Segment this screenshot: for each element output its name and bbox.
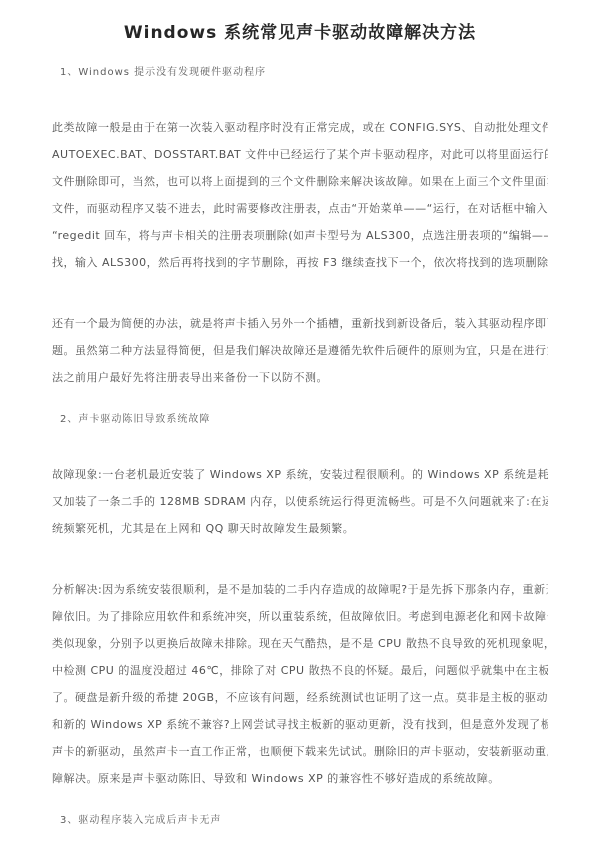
paragraph-line: 题。虽然第二种方法显得简便，但是我们解决故障还是遵循先软件后硬件的原则为宜，只是…: [52, 337, 548, 364]
paragraph-line: 还有一个最为简便的办法，就是将声卡插入另外一个插槽，重新找到新设备后，装入其驱动…: [52, 310, 548, 337]
paragraph-line: 又加装了一条二手的 128MB SDRAM 内存，以使系统运行得更流畅些。可是不…: [52, 488, 548, 515]
paragraph-line: 障依旧。为了排除应用软件和系统冲突，所以重装系统，但故障依旧。考虑到电源老化和网…: [52, 603, 548, 630]
paragraph-line: 类似现象，分别予以更换后故障未排除。现在天气酷热，是不是 CPU 散热不良导致的…: [52, 630, 548, 657]
document-page: Windows 系统常见声卡驱动故障解决方法 1、Windows 提示没有发现硬…: [0, 0, 600, 849]
section-heading: 1、Windows 提示没有发现硬件驱动程序: [60, 66, 548, 80]
paragraph-line: 和新的 Windows XP 系统不兼容?上网尝试寻找主板新的驱动更新，没有找到…: [52, 711, 548, 738]
paragraph-line: 分析解决:因为系统安装很顺利，是不是加装的二手内存造成的故障呢?于是先拆下那条内…: [52, 576, 548, 603]
section-heading: 2、声卡驱动陈旧导致系统故障: [60, 413, 548, 427]
paragraph-line: 统频繁死机，尤其是在上网和 QQ 聊天时故障发生最频繁。: [52, 515, 548, 542]
paragraph-line: 障解决。原来是声卡驱动陈旧、导致和 Windows XP 的兼容性不够好造成的系…: [52, 765, 548, 792]
paragraph-line: 此类故障一般是由于在第一次装入驱动程序时没有正常完成，或在 CONFIG.SYS…: [52, 114, 548, 141]
paragraph: 还有一个最为简便的办法，就是将声卡插入另外一个插槽，重新找到新设备后，装入其驱动…: [52, 310, 548, 391]
document-blocks: 1、Windows 提示没有发现硬件驱动程序此类故障一般是由于在第一次装入驱动程…: [52, 66, 548, 828]
document-body: Windows 系统常见声卡驱动故障解决方法 1、Windows 提示没有发现硬…: [0, 22, 600, 828]
paragraph-line: 文件删除即可，当然，也可以将上面提到的三个文件删除来解决该故障。如果在上面三个文…: [52, 168, 548, 195]
page-title: Windows 系统常见声卡驱动故障解决方法: [52, 22, 548, 44]
paragraph-line: 声卡的新驱动，虽然声卡一直工作正常，也顺便下载来先试试。删除旧的声卡驱动，安装新…: [52, 738, 548, 765]
section-heading: 3、驱动程序装入完成后声卡无声: [60, 814, 548, 828]
paragraph-line: 了。硬盘是新升级的希捷 20GB，不应该有问题，经系统测试也证明了这一点。莫非是…: [52, 684, 548, 711]
paragraph-line: “regedit 回车，将与声卡相关的注册表项删除(如声卡型号为 ALS300，…: [52, 222, 548, 249]
paragraph: 分析解决:因为系统安装很顺利，是不是加装的二手内存造成的故障呢?于是先拆下那条内…: [52, 576, 548, 792]
paragraph: 此类故障一般是由于在第一次装入驱动程序时没有正常完成，或在 CONFIG.SYS…: [52, 114, 548, 276]
paragraph-line: 法之前用户最好先将注册表导出来备份一下以防不测。: [52, 364, 548, 391]
paragraph: 故障现象:一台老机最近安装了 Windows XP 系统，安装过程很顺利。的 W…: [52, 461, 548, 542]
paragraph-line: 文件，而驱动程序又装不进去，此时需要修改注册表，点击“开始菜单——“运行，在对话…: [52, 195, 548, 222]
paragraph-line: AUTOEXEC.BAT、DOSSTART.BAT 文件中已经运行了某个声卡驱动…: [52, 141, 548, 168]
paragraph-line: 故障现象:一台老机最近安装了 Windows XP 系统，安装过程很顺利。的 W…: [52, 461, 548, 488]
paragraph-line: 中检测 CPU 的温度没超过 46℃，排除了对 CPU 散热不良的怀疑。最后，问…: [52, 657, 548, 684]
paragraph-line: 找，输入 ALS300，然后再将找到的字节删除，再按 F3 继续查找下一个，依次…: [52, 249, 548, 276]
